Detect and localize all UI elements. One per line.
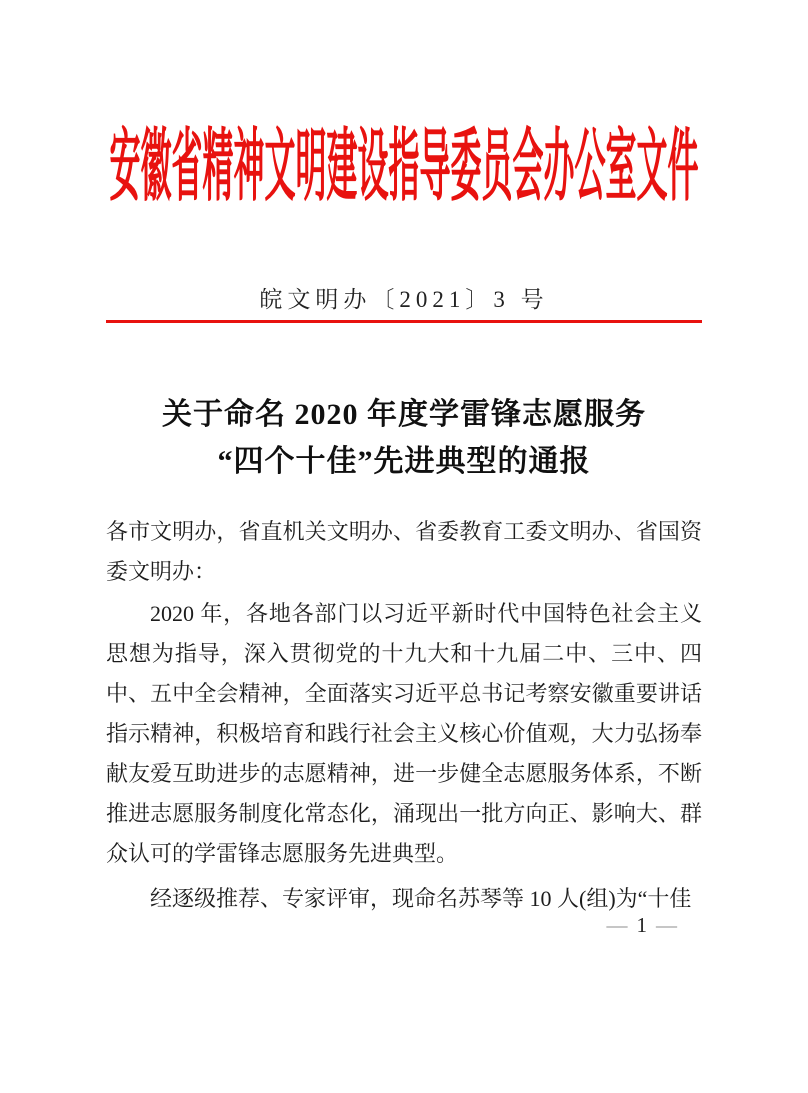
- salutation-paragraph: 各市文明办，省直机关文明办、省委教育工委文明办、省国资委文明办：: [106, 512, 702, 592]
- document-header-title: 安徽省精神文明建设指导委员会办公室文件: [110, 101, 699, 216]
- red-divider-line: [106, 320, 702, 323]
- document-title-line-2: “四个十佳”先进典型的通报: [218, 445, 591, 478]
- page-number-footer: —1—: [598, 913, 687, 938]
- footer-page-number: 1: [637, 913, 648, 937]
- footer-left-dash: —: [598, 913, 637, 937]
- body-paragraph-1: 2020 年，各地各部门以习近平新时代中国特色社会主义思想为指导，深入贯彻党的十…: [106, 594, 702, 874]
- document-title: 关于命名 2020 年度学雷锋志愿服务 “四个十佳”先进典型的通报: [0, 391, 808, 485]
- document-header-banner: 安徽省精神文明建设指导委员会办公室文件: [0, 103, 808, 213]
- document-body: 各市文明办，省直机关文明办、省委教育工委文明办、省国资委文明办： 2020 年，…: [106, 512, 702, 919]
- document-page: 安徽省精神文明建设指导委员会办公室文件 皖文明办〔2021〕3 号 关于命名 2…: [0, 0, 808, 1093]
- footer-right-dash: —: [647, 913, 686, 937]
- document-number: 皖文明办〔2021〕3 号: [0, 281, 808, 314]
- document-title-line-1: 关于命名 2020 年度学雷锋志愿服务: [162, 398, 646, 431]
